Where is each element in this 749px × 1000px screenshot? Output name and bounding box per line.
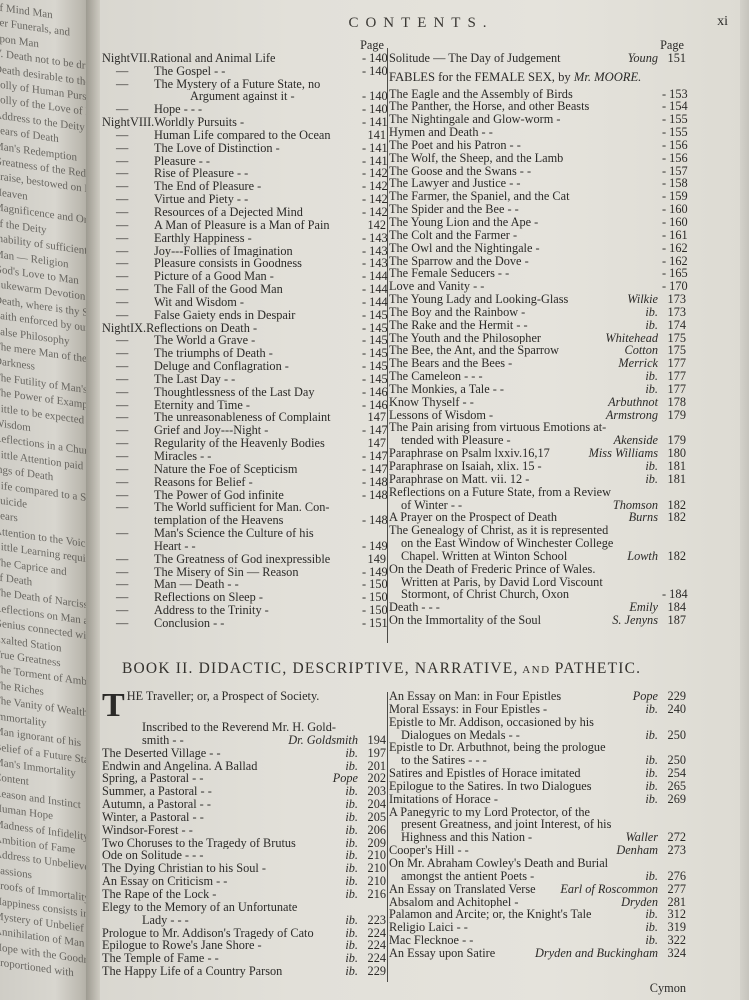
entry-author: ib.	[643, 370, 662, 383]
dash-leader: —	[102, 245, 154, 258]
entry-page: - 143	[362, 232, 386, 245]
toc-entry: NightIX.Reflections on Death -- 145	[102, 322, 386, 335]
entry-page: 142	[362, 219, 386, 232]
entry-title: Joy---Follies of Imagination	[154, 245, 362, 258]
entry-title: Satires and Epistles of Horace imitated	[389, 767, 643, 780]
toc-entry: The Eagle and the Assembly of Birds- 153	[389, 88, 686, 101]
entry-author: ib.	[643, 383, 662, 396]
dash-leader: —	[102, 347, 154, 360]
entry-author: ib.	[643, 767, 662, 780]
entry-title: Wit and Wisdom -	[154, 296, 362, 309]
entry-title: Rise of Pleasure - -	[154, 167, 362, 180]
entry-page: 174	[662, 319, 686, 332]
entry-author: Burns	[627, 511, 662, 524]
dash-leader: —	[102, 257, 154, 270]
entry-page: - 142	[362, 206, 386, 219]
entry-page: 322	[662, 934, 686, 947]
entry-title: Reflections on Death -	[146, 322, 362, 335]
entry-page: - 145	[362, 373, 386, 386]
toc-entry: Spring, a Pastoral - -Pope202	[102, 772, 386, 785]
toc-entry: Mac Flecknoe - -ib.322	[389, 934, 686, 947]
entry-title: of Winter - -	[389, 499, 611, 512]
page-column-label: Page	[389, 39, 686, 52]
dash-leader: —	[102, 463, 154, 476]
entry-title: Pleasure consists in Goodness	[154, 257, 362, 270]
toc-entry: —Regularity of the Heavenly Bodies147	[102, 437, 386, 450]
toc-entry: Absalom and Achitophel -Dryden281	[389, 896, 686, 909]
toc-entry: —The Greatness of God inexpressible149	[102, 553, 386, 566]
toc-entry: Autumn, a Pastoral - -ib.204	[102, 798, 386, 811]
entry-title: On the Immortality of the Soul	[389, 614, 610, 627]
entry-title-text: Two Choruses to the Tragedy of Brutus	[102, 837, 296, 850]
entry-title: The End of Pleasure -	[154, 180, 362, 193]
toc-entry: Written at Paris, by David Lord Viscount	[389, 576, 686, 589]
catchword: Cymon	[389, 982, 686, 995]
entry-title-text: Epistle to Mr. Addison, occasioned by hi…	[389, 716, 594, 729]
entry-title: Virtue and Piety - -	[154, 193, 362, 206]
dash-leader: —	[102, 578, 154, 591]
entry-author: ib.	[343, 747, 362, 760]
entry-title: Picture of a Good Man -	[154, 270, 362, 283]
entry-title: Eternity and Time -	[154, 399, 362, 412]
toc-entry: The Wolf, the Sheep, and the Lamb- 156	[389, 152, 686, 165]
toc-entry: —The Fall of the Good Man- 144	[102, 283, 386, 296]
entry-page: 229	[662, 690, 686, 703]
toc-entry: Inscribed to the Reverend Mr. H. Gold-	[102, 721, 386, 734]
entry-page: - 148	[362, 476, 386, 489]
entry-author: Dryden and Buckingham	[533, 947, 662, 960]
entry-title: A Prayer on the Prospect of Death	[389, 511, 627, 524]
entry-page: - 140	[362, 52, 386, 65]
toc-entry: —Conclusion - -- 151	[102, 617, 386, 630]
entry-author: ib.	[643, 870, 662, 883]
entry-title: Deluge and Conflagration -	[154, 360, 362, 373]
toc-entry: —Eternity and Time -- 146	[102, 399, 386, 412]
entry-title: An Essay on Translated Verse	[389, 883, 558, 896]
toc-entry: —Joy---Follies of Imagination- 143	[102, 245, 386, 258]
toc-entry: The Owl and the Nightingale -- 162	[389, 242, 686, 255]
entry-title: Pleasure - -	[154, 155, 362, 168]
entry-title: Death - - -	[389, 601, 627, 614]
entry-title: A Man of Pleasure is a Man of Pain	[154, 219, 362, 232]
entry-page: 141	[362, 129, 386, 142]
entry-title: The Greatness of God inexpressible	[154, 553, 362, 566]
entry-page: - 156	[662, 139, 686, 152]
entry-title: The triumphs of Death -	[154, 347, 362, 360]
toc-entry: An Essay upon SatireDryden and Buckingha…	[389, 947, 686, 960]
facing-page-text: of Mind Manher Funerals, andupon ManV. D…	[0, 0, 92, 986]
book-heading: BOOK II. DIDACTIC, DESCRIPTIVE, NARRATIV…	[122, 660, 732, 678]
toc-entry: —Virtue and Piety - -- 142	[102, 193, 386, 206]
entry-title: The Nightingale and Glow-worm -	[389, 113, 656, 126]
dash-leader: —	[102, 424, 154, 437]
dash-leader: —	[102, 270, 154, 283]
entry-title: Miracles - -	[154, 450, 362, 463]
entry-page: - 141	[362, 142, 386, 155]
entry-title: Autumn, a Pastoral - -	[102, 798, 343, 811]
entry-author: ib.	[343, 824, 362, 837]
toc-entry: —The World sufficient for Man. Con-	[102, 501, 386, 514]
page-number: xi	[717, 14, 728, 30]
toc-entry: The Boy and the Rainbow -ib.173	[389, 306, 686, 319]
entry-title: The Cameleon - - -	[389, 370, 643, 383]
entry-title: The Female Seducers - -	[389, 267, 656, 280]
toc-entry: An Essay on Criticism - -ib.210	[102, 875, 386, 888]
toc-entry: Heart - -- 149	[102, 540, 386, 553]
toc-entry: The Monkies, a Tale - -ib.177	[389, 383, 686, 396]
entry-title: Heart - -	[102, 540, 362, 553]
entry-title: The Colt and the Farmer -	[389, 229, 656, 242]
dash-leader: —	[102, 232, 154, 245]
entry-title-text: Cooper's Hill - -	[389, 844, 469, 857]
toc-entry: Argument against it -- 140	[102, 90, 386, 103]
toc-entry: —Pleasure - -- 141	[102, 155, 386, 168]
toc-entry: —The Power of God infinite- 148	[102, 489, 386, 502]
entry-title-text: present Greatness, and joint Interest, o…	[401, 818, 611, 831]
toc-entry: The Bears and the Bees -Merrick177	[389, 357, 686, 370]
dash-leader: —	[102, 591, 154, 604]
entry-title: Stormont, of Christ Church, Oxon	[389, 588, 656, 601]
toc-entry: The Female Seducers - -- 165	[389, 267, 686, 280]
entry-author: ib.	[343, 811, 362, 824]
toc-entry: —Deluge and Conflagration -- 145	[102, 360, 386, 373]
toc-entry: NightVII.Rational and Animal Life- 140	[102, 52, 386, 65]
entry-title-text: Elegy to the Memory of an Unfortunate	[102, 901, 297, 914]
toc-entry: The Panther, the Horse, and other Beasts…	[389, 100, 686, 113]
entry-page: - 147	[362, 463, 386, 476]
toc-entry: The Spider and the Bee - -- 160	[389, 203, 686, 216]
toc-entry: —A Man of Pleasure is a Man of Pain142	[102, 219, 386, 232]
dash-leader: —	[102, 167, 154, 180]
entry-title: Grief and Joy---Night -	[154, 424, 362, 437]
entry-title: The Youth and the Philosopher	[389, 332, 603, 345]
entry-title: The Young Lion and the Ape -	[389, 216, 656, 229]
entry-title: Endwin and Angelina. A Ballad	[102, 760, 343, 773]
entry-title: The Genealogy of Christ, as it is repres…	[389, 524, 656, 537]
entry-page: 269	[662, 793, 686, 806]
entry-author: ib.	[343, 888, 362, 901]
dash-leader: —	[102, 180, 154, 193]
dash-leader: —	[102, 296, 154, 309]
entry-title: Two Choruses to the Tragedy of Brutus	[102, 837, 343, 850]
entry-page: - 146	[362, 386, 386, 399]
entry-page: - 162	[662, 242, 686, 255]
entry-page: - 145	[362, 360, 386, 373]
entry-title-text: Epistle to Dr. Arbuthnot, being the prol…	[389, 741, 606, 754]
toc-entry: A Prayer on the Prospect of DeathBurns18…	[389, 511, 686, 524]
entry-title: The Fall of the Good Man	[154, 283, 362, 296]
dash-leader: —	[102, 129, 154, 142]
entry-author: ib.	[643, 703, 662, 716]
toc-entry: Paraphrase on Isaiah, xlix. 15 -ib.181	[389, 460, 686, 473]
entry-title-text: smith - -	[142, 734, 184, 747]
book-two-left-column: THE Traveller; or, a Prospect of Society…	[102, 690, 386, 978]
entry-title: Address to the Trinity -	[154, 604, 362, 617]
entry-author: ib.	[643, 729, 662, 742]
dash-leader: —	[102, 65, 154, 78]
entry-title: The Deserted Village - -	[102, 747, 343, 760]
entry-title: On the Death of Frederic Prince of Wales…	[389, 563, 656, 576]
toc-entry: to the Satires - - -ib.250	[389, 754, 686, 767]
entry-page: 182	[662, 550, 686, 563]
toc-entry: Windsor-Forest - -ib.206	[102, 824, 386, 837]
toc-entry: Know Thyself - -Arbuthnot178	[389, 396, 686, 409]
entry-title: Resources of a Dejected Mind	[154, 206, 362, 219]
entry-title: The Eagle and the Assembly of Birds	[389, 88, 656, 101]
entry-title-text: Windsor-Forest - -	[102, 824, 193, 837]
dash-leader: —	[102, 604, 154, 617]
entry-title: Man — Death - -	[154, 578, 362, 591]
entry-author: ib.	[643, 473, 662, 486]
toc-entry: —The Gospel - -- 140	[102, 65, 386, 78]
entry-title: An Essay upon Satire	[389, 947, 533, 960]
entry-author: Arbuthnot	[606, 396, 662, 409]
dash-leader: —	[102, 617, 154, 630]
entry-title: Paraphrase on Matt. vii. 12 -	[389, 473, 643, 486]
toc-entry: The Young Lion and the Ape -- 160	[389, 216, 686, 229]
entry-title: Moral Essays: in Four Epistles -	[389, 703, 643, 716]
entry-author: S. Jenyns	[610, 614, 662, 627]
entry-page: 250	[662, 729, 686, 742]
entry-title: The Wolf, the Sheep, and the Lamb	[389, 152, 656, 165]
toc-entry: Palamon and Arcite; or, the Knight's Tal…	[389, 908, 686, 921]
toc-entry: Epistle to Mr. Addison, occasioned by hi…	[389, 716, 686, 729]
contents-right-column: Page Solitude — The Day of Judgement You…	[389, 39, 686, 627]
entry-page: 216	[362, 888, 386, 901]
entry-title: present Greatness, and joint Interest, o…	[389, 818, 656, 831]
entry-title: Chapel. Written at Winton School	[389, 550, 625, 563]
entry-title: to the Satires - - -	[389, 754, 643, 767]
entry-author: Lowth	[625, 550, 662, 563]
toc-entry: Epilogue to the Satires. In two Dialogue…	[389, 780, 686, 793]
entry-title-text: On Mr. Abraham Cowley's Death and Burial	[389, 857, 608, 870]
entry-page: - 148	[362, 514, 386, 527]
toc-entry: The Happy Life of a Country Parsonib.229	[102, 965, 386, 978]
toc-entry: —Man — Death - -- 150	[102, 578, 386, 591]
entry-page: 182	[662, 511, 686, 524]
entry-title: The Farmer, the Spaniel, and the Cat	[389, 190, 656, 203]
entry-title: Love and Vanity - -	[389, 280, 656, 293]
entry-title-text: Absalom and Achitophel -	[389, 896, 518, 909]
page-edge	[740, 0, 749, 1000]
entry-title: Reflections on Sleep -	[154, 591, 362, 604]
entry-page: 173	[662, 293, 686, 306]
dash-leader: —	[102, 386, 154, 399]
entry-title-text: Autumn, a Pastoral - -	[102, 798, 211, 811]
entry-title: The Panther, the Horse, and other Beasts	[389, 100, 656, 113]
entry-title: The Misery of Sin — Reason	[154, 566, 362, 579]
toc-entry: —Reflections on Sleep -- 150	[102, 591, 386, 604]
entry-page: - 144	[362, 283, 386, 296]
entry-page: 173	[662, 306, 686, 319]
toc-entry: NightVIII.Worldly Pursuits -- 141	[102, 116, 386, 129]
toc-entry: —The Love of Distinction -- 141	[102, 142, 386, 155]
dash-leader: —	[102, 527, 154, 540]
entry-title: The World sufficient for Man. Con-	[154, 501, 362, 514]
toc-entry: The Temple of Fame - -ib.224	[102, 952, 386, 965]
toc-entry: THE Traveller; or, a Prospect of Society…	[102, 690, 386, 721]
toc-entry: —Pleasure consists in Goodness- 143	[102, 257, 386, 270]
entry-page: 324	[662, 947, 686, 960]
entry-title: The Bee, the Ant, and the Sparrow	[389, 344, 623, 357]
entry-author: Armstrong	[604, 409, 662, 422]
entry-title: Elegy to the Memory of an Unfortunate	[102, 901, 356, 914]
toc-entry: An Essay on Man: in Four EpistlesPope229	[389, 690, 686, 703]
entry-title: templation of the Heavens	[102, 514, 362, 527]
toc-entry: —Picture of a Good Man -- 144	[102, 270, 386, 283]
entry-title-text: Mac Flecknoe - -	[389, 934, 473, 947]
entry-page: 177	[662, 370, 686, 383]
entry-author: Denham	[614, 844, 662, 857]
drop-cap: T	[102, 691, 125, 721]
dash-leader: —	[102, 155, 154, 168]
entry-page: 204	[362, 798, 386, 811]
page-column-label: Page	[102, 39, 386, 52]
toc-entry: Paraphrase on Matt. vii. 12 -ib.181	[389, 473, 686, 486]
toc-entry: Dialogues on Medals - -ib.250	[389, 729, 686, 742]
entry-title: The Power of God infinite	[154, 489, 362, 502]
entry-title: Human Life compared to the Ocean	[154, 129, 362, 142]
toc-entry: The Cameleon - - -ib.177	[389, 370, 686, 383]
toc-entry: —Reasons for Belief -- 148	[102, 476, 386, 489]
entry-page: 229	[362, 965, 386, 978]
entry-title: Hope - - -	[154, 103, 362, 116]
entry-page: 194	[362, 734, 386, 747]
toc-entry: Two Choruses to the Tragedy of Brutusib.…	[102, 837, 386, 850]
entry-page: - 161	[662, 229, 686, 242]
entry-title: The Boy and the Rainbow -	[389, 306, 643, 319]
entry-title-text: Satires and Epistles of Horace imitated	[389, 767, 581, 780]
entry-title: The Mystery of a Future State, no	[154, 78, 362, 91]
dash-leader: —	[102, 283, 154, 296]
entry-title: Conclusion - -	[154, 617, 362, 630]
toc-entry: Winter, a Pastoral - -ib.205	[102, 811, 386, 824]
entry-page: - 156	[662, 152, 686, 165]
toc-entry: Ode on Solitude - - -ib.210	[102, 849, 386, 862]
toc-entry: —The Mystery of a Future State, no	[102, 78, 386, 91]
entry-title: Epistle to Mr. Addison, occasioned by hi…	[389, 716, 656, 729]
toc-entry: Chapel. Written at Winton SchoolLowth182	[389, 550, 686, 563]
dash-leader: —	[102, 360, 154, 373]
entry-title: The Sparrow and the Dove -	[389, 255, 656, 268]
toc-entry: templation of the Heavens- 148	[102, 514, 386, 527]
dash-leader: —	[102, 142, 154, 155]
toc-entry: —False Gaiety ends in Despair- 145	[102, 309, 386, 322]
toc-entry: The Sparrow and the Dove -- 162	[389, 255, 686, 268]
toc-entry: Imitations of Horace -ib.269	[389, 793, 686, 806]
entry-page: 181	[662, 460, 686, 473]
entry-page: 223	[362, 914, 386, 927]
toc-entry: The Poet and his Patron - -- 156	[389, 139, 686, 152]
entry-title-text: An Essay on Criticism - -	[102, 875, 227, 888]
toc-entry: —Resources of a Dejected Mind- 142	[102, 206, 386, 219]
entry-page: - 141	[362, 116, 386, 129]
entry-title-text: to the Satires - - -	[401, 754, 487, 767]
toc-entry: Hymen and Death - -- 155	[389, 126, 686, 139]
entry-title: Imitations of Horace -	[389, 793, 643, 806]
entry-title-text: Summer, a Pastoral - -	[102, 785, 212, 798]
entry-page: 181	[662, 473, 686, 486]
toc-entry: —The Misery of Sin — Reason- 149	[102, 566, 386, 579]
toc-entry: Prologue to Mr. Addison's Tragedy of Cat…	[102, 927, 386, 940]
entry-title: The unreasonableness of Complaint	[154, 411, 362, 424]
dash-leader: —	[102, 553, 154, 566]
entry-author: ib.	[643, 934, 662, 947]
entry-page: - 160	[662, 216, 686, 229]
toc-entry: on the East Window of Winchester College	[389, 537, 686, 550]
dash-leader: —	[102, 219, 154, 232]
toc-entry: On the Immortality of the SoulS. Jenyns1…	[389, 614, 686, 627]
entry-page: 206	[362, 824, 386, 837]
entry-title-text: Palamon and Arcite; or, the Knight's Tal…	[389, 908, 591, 921]
entry-title-text: amongst the antient Poets -	[401, 870, 534, 883]
entry-title: Prologue to Mr. Addison's Tragedy of Cat…	[102, 927, 343, 940]
entry-title: On Mr. Abraham Cowley's Death and Burial	[389, 857, 656, 870]
entry-page: - 155	[662, 126, 686, 139]
entry-title: The Rape of the Lock -	[102, 888, 343, 901]
dash-leader: —	[102, 501, 154, 514]
entry-title-text: Inscribed to the Reverend Mr. H. Gold-	[142, 721, 336, 734]
entry-title-text: Imitations of Horace -	[389, 793, 498, 806]
entry-page: 187	[662, 614, 686, 627]
entry-title: Hymen and Death - -	[389, 126, 656, 139]
entry-title: smith - -	[102, 734, 286, 747]
entry-title: Inscribed to the Reverend Mr. H. Gold-	[102, 721, 356, 734]
toc-entry: Religio Laici - -ib.319	[389, 921, 686, 934]
entry-author: Pope	[631, 690, 662, 703]
entry-author: Wilkie	[625, 293, 662, 306]
entry-page: - 140	[362, 65, 386, 78]
entry-page: 276	[662, 870, 686, 883]
entry-page: 273	[662, 844, 686, 857]
toc-entry: Summer, a Pastoral - -ib.203	[102, 785, 386, 798]
entry-title: The Happy Life of a Country Parson	[102, 965, 343, 978]
toc-entry: Satires and Epistles of Horace imitatedi…	[389, 767, 686, 780]
entry-title: The Poet and his Patron - -	[389, 139, 656, 152]
entry-title: Worldly Pursuits -	[154, 116, 362, 129]
entry-title-text: An Essay on Translated Verse	[389, 883, 536, 896]
entry-page: - 145	[362, 309, 386, 322]
entry-title: Epilogue to Rowe's Jane Shore -	[102, 939, 343, 952]
toc-entry: —Grief and Joy---Night -- 147	[102, 424, 386, 437]
dash-leader: —	[102, 309, 154, 322]
entry-page: - 144	[362, 296, 386, 309]
entry-title: The Goose and the Swans - -	[389, 165, 656, 178]
entry-title: Spring, a Pastoral - -	[102, 772, 331, 785]
entry-title-text: The Deserted Village - -	[102, 747, 221, 760]
toc-entry: Lady - - -ib.223	[102, 914, 386, 927]
entry-title: The Owl and the Nightingale -	[389, 242, 656, 255]
entry-author: Dr. Goldsmith	[286, 734, 362, 747]
entry-title-text: The Dying Christian to his Soul -	[102, 862, 266, 875]
facing-page: of Mind Manher Funerals, andupon ManV. D…	[0, 0, 92, 1000]
entry-title: tended with Pleasure -	[389, 434, 612, 447]
toc-entry: The Genealogy of Christ, as it is repres…	[389, 524, 686, 537]
entry-author: ib.	[643, 306, 662, 319]
entry-author: ib.	[343, 914, 362, 927]
entry-author: Earl of Roscommon	[558, 883, 662, 896]
contents-left-column: Page NightVII.Rational and Animal Life- …	[102, 39, 386, 630]
entry-author: ib.	[643, 793, 662, 806]
entry-page: 265	[662, 780, 686, 793]
entry-title: The Lawyer and Justice - -	[389, 177, 656, 190]
running-title: CONTENTS.	[100, 15, 742, 32]
toc-entry: Moral Essays: in Four Epistles -ib.240	[389, 703, 686, 716]
entry-page: 277	[662, 883, 686, 896]
toc-entry: —Earthly Happiness -- 143	[102, 232, 386, 245]
entry-title-text: Winter, a Pastoral - -	[102, 811, 204, 824]
entry-title: Highness and this Nation -	[389, 831, 624, 844]
